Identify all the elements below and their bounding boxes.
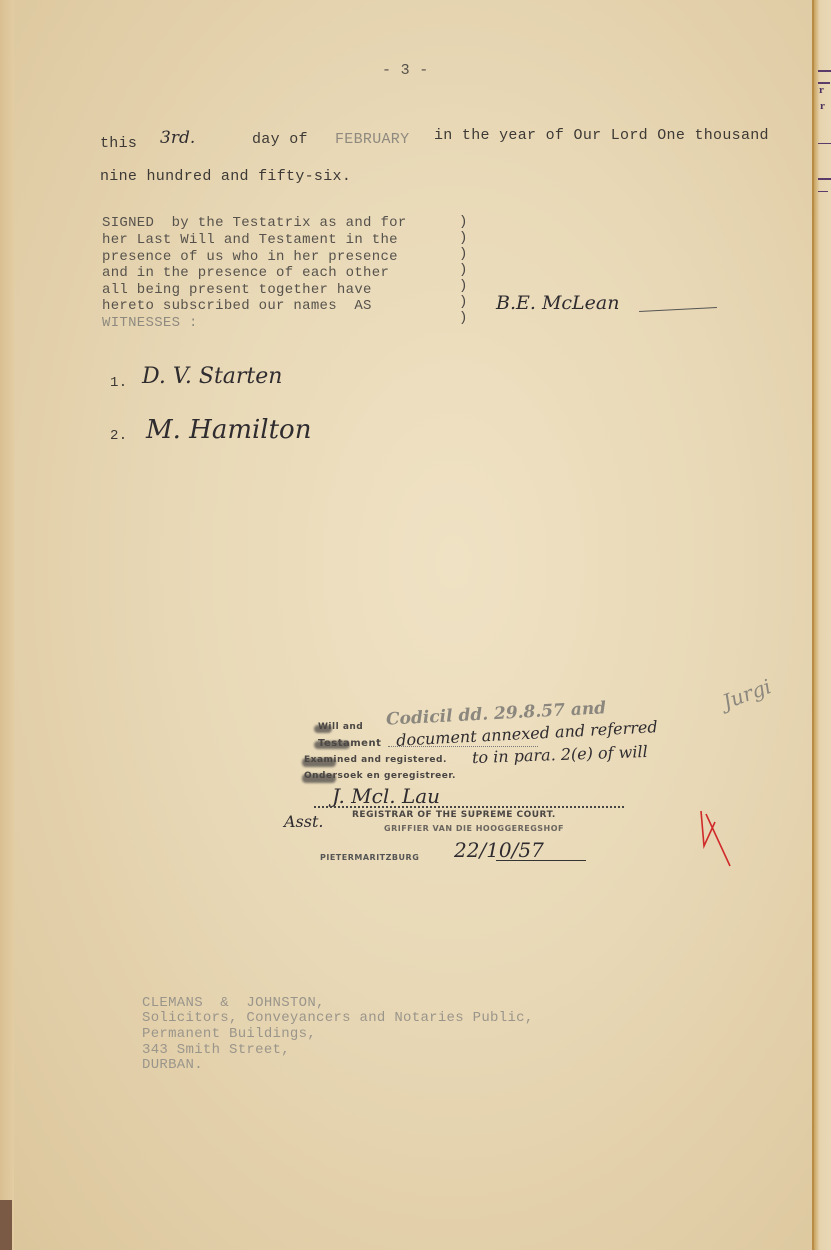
attestation-line: SIGNED by the Testatrix as and for bbox=[102, 215, 407, 231]
signature-flourish bbox=[639, 307, 717, 312]
solicitor-line: DURBAN. bbox=[142, 1057, 203, 1073]
court-line: GRIFFIER VAN DIE HOOGGEREGSHOF bbox=[384, 824, 564, 833]
dating-middle: day of bbox=[252, 131, 308, 148]
dating-suffix: in the year of Our Lord One thousand bbox=[434, 127, 769, 144]
pencil-initials: Jurgi bbox=[719, 674, 774, 714]
dating-month: FEBRUARY bbox=[335, 131, 409, 148]
margin-mark bbox=[818, 70, 831, 72]
adjacent-page-edge: r r bbox=[812, 0, 831, 1250]
margin-mark bbox=[818, 178, 831, 180]
stamp-line: Examined and registered. bbox=[304, 755, 447, 765]
registrar-signature: J. Mcl. Lau bbox=[332, 784, 440, 808]
margin-mark: r bbox=[819, 84, 824, 96]
dating-line-2: nine hundred and fifty-six. bbox=[100, 168, 351, 185]
date-underline bbox=[496, 860, 586, 861]
stamp-line: Ondersoek en geregistreer. bbox=[304, 771, 456, 781]
witness-number: 2. bbox=[110, 428, 127, 444]
solicitor-line: Permanent Buildings, bbox=[142, 1026, 316, 1042]
attestation-brackets: ) ) ) ) ) ) ) bbox=[459, 214, 467, 326]
registration-date: 22/10/57 bbox=[454, 838, 544, 862]
witness-signature: M. Hamilton bbox=[146, 415, 311, 445]
stamp-place: PIETERMARITZBURG bbox=[320, 853, 419, 862]
signature-line bbox=[314, 806, 624, 808]
stamp-line: Will and bbox=[318, 722, 363, 732]
attestation-line: hereto subscribed our names AS bbox=[102, 298, 372, 314]
witness-signature: D. V. Starten bbox=[142, 364, 282, 389]
solicitor-line: Solicitors, Conveyancers and Notaries Pu… bbox=[142, 1010, 534, 1026]
document-page: - 3 - this 3rd. day of FEBRUARY in the y… bbox=[14, 0, 812, 1250]
attestation-line: her Last Will and Testament in the bbox=[102, 232, 398, 248]
attestation-line: presence of us who in her presence bbox=[102, 249, 398, 265]
court-line: REGISTRAR OF THE SUPREME COURT. bbox=[352, 810, 556, 820]
attestation-line: and in the presence of each other bbox=[102, 265, 389, 281]
red-tick-icon bbox=[698, 808, 738, 870]
margin-mark bbox=[818, 143, 831, 144]
handwritten-day: 3rd. bbox=[160, 128, 195, 148]
asst-prefix: Asst. bbox=[284, 812, 324, 831]
solicitor-line: 343 Smith Street, bbox=[142, 1042, 290, 1058]
margin-mark: r bbox=[820, 100, 825, 112]
attestation-line: all being present together have bbox=[102, 282, 372, 298]
testatrix-signature: B.E. McLean bbox=[496, 292, 619, 314]
attestation-line: WITNESSES : bbox=[102, 315, 198, 331]
stamp-line: Testament bbox=[318, 738, 381, 749]
binder-edge bbox=[0, 1200, 12, 1250]
solicitor-line: CLEMANS & JOHNSTON, bbox=[142, 995, 325, 1011]
margin-mark bbox=[818, 191, 828, 192]
page-number: - 3 - bbox=[382, 62, 429, 79]
dating-prefix: this bbox=[100, 135, 137, 152]
witness-number: 1. bbox=[110, 375, 127, 391]
